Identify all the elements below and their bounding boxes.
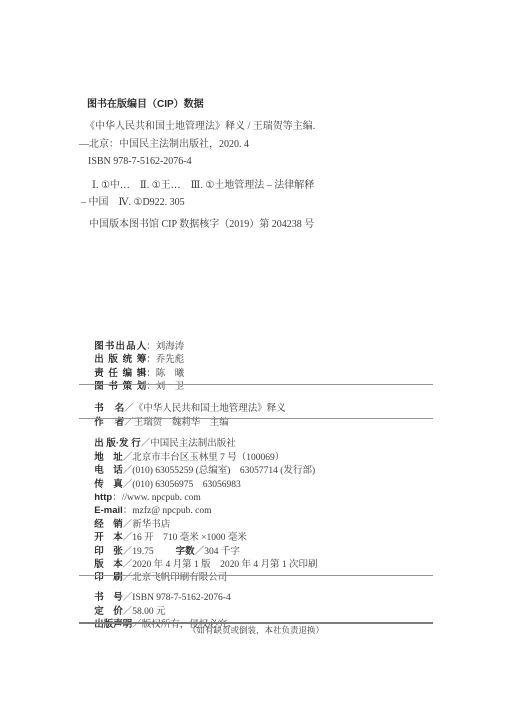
book-block: 书 名／《中华人民共和国土地管理法》释义 作 者／王瑞贺 魏莉华 主编 xyxy=(80,388,286,416)
price-label: 书 号 xyxy=(94,592,123,603)
pub-value-2: 304 千字 xyxy=(204,547,240,557)
price-value: 58.00 元 xyxy=(132,607,165,617)
copyright-page: 图书在版编目（CIP）数据 《中华人民共和国土地管理法》释义 / 王瑞贺等主编.… xyxy=(0,0,512,712)
pub-value: (010) 63055259 (总编室) 63057714 (发行部) xyxy=(132,466,315,476)
book-title-label: 书 名 xyxy=(94,402,124,416)
pub-label: 地 址 xyxy=(94,452,123,463)
slash-separator: ／ xyxy=(141,439,151,449)
staff-label: 责 任 编 辑 xyxy=(94,367,146,381)
pub-label: http xyxy=(94,492,112,503)
cip-isbn-line: ISBN 978-7-5162-2076-4 xyxy=(79,156,479,168)
cip-record-number-line: 中国版本图书馆 CIP 数据核字（2019）第 204238 号 xyxy=(79,219,479,231)
cip-classification-line-1: Ⅰ. ①中… Ⅱ. ①王… Ⅲ. ①土地管理法 – 法律解释 xyxy=(79,180,479,192)
pub-value: 北京市丰台区玉林里 7 号（100069） xyxy=(132,453,284,463)
pub-value: (010) 63056975 63056983 xyxy=(132,480,240,490)
slash-separator: ／ xyxy=(123,560,133,570)
slash-separator: ／ xyxy=(123,533,133,543)
pub-label: E-mail xyxy=(94,505,123,516)
divider-rule-2 xyxy=(79,418,433,419)
colon-separator: ： xyxy=(146,342,156,352)
pub-value: 16 开 710 毫米 ×1000 毫米 xyxy=(132,533,247,543)
staff-label: 图书出品人 xyxy=(94,340,146,354)
price-row-isbn: 书 号／ISBN 978-7-5162-2076-4 xyxy=(80,578,237,591)
divider-rule-4 xyxy=(79,622,433,624)
pub-label: 出 版·发 行 xyxy=(94,438,140,449)
pub-label: 印 张 xyxy=(94,546,123,557)
staff-value: 刘海涛 xyxy=(156,342,185,352)
slash-separator: ／ xyxy=(123,593,133,603)
book-title-value: 《中华人民共和国土地管理法》释义 xyxy=(134,404,286,414)
divider-rule-3 xyxy=(79,575,433,576)
publication-block: 出 版·发 行／中国民主法制出版社 地 址／北京市丰台区玉林里 7 号（1000… xyxy=(80,424,318,571)
price-block: 书 号／ISBN 978-7-5162-2076-4 定 价／58.00 元 出… xyxy=(80,578,237,618)
pub-label: 版 本 xyxy=(94,559,123,570)
slash-separator: ／ xyxy=(123,480,133,490)
pub-label: 开 本 xyxy=(94,532,123,543)
book-title-row: 书 名／《中华人民共和国土地管理法》释义 xyxy=(80,388,286,402)
pub-label: 电 话 xyxy=(94,465,123,476)
staff-row-producer: 图书出品人：刘海涛 xyxy=(80,326,184,340)
return-policy-note: （如有缺页或倒装，本社负责退换） xyxy=(79,625,433,636)
cip-publisher-line: —北京：中国民主法制出版社，2020. 4 xyxy=(79,139,479,151)
staff-value: 陈 曦 xyxy=(156,369,185,379)
cip-heading: 图书在版编目（CIP）数据 xyxy=(79,99,479,111)
pub-value: 19.75 xyxy=(132,547,153,557)
colon-separator: ： xyxy=(123,506,133,516)
pub-value: mzfz@ npcpub. com xyxy=(132,506,211,516)
divider-rule-1 xyxy=(79,384,433,385)
slash-separator: ／ xyxy=(123,607,133,617)
slash-separator: ／ xyxy=(123,520,133,530)
staff-label: 出 版 统 筹 xyxy=(94,353,146,367)
colon-separator: ： xyxy=(146,369,156,379)
pub-value: 2020 年 4 月第 1 版 2020 年 4 月第 1 次印刷 xyxy=(132,560,317,570)
colon-separator: ： xyxy=(112,493,122,503)
cip-block: 图书在版编目（CIP）数据 《中华人民共和国土地管理法》释义 / 王瑞贺等主编.… xyxy=(79,99,479,231)
pub-label: 传 真 xyxy=(94,479,123,490)
pub-value: 新华书店 xyxy=(132,520,170,530)
slash-separator: ／ xyxy=(195,547,205,557)
colon-separator: ： xyxy=(146,355,156,365)
slash-separator: ／ xyxy=(123,466,133,476)
pub-label: 经 销 xyxy=(94,519,123,530)
cip-classification-line-2: – 中国 Ⅳ. ①D922. 305 xyxy=(79,197,479,209)
price-label: 定 价 xyxy=(94,606,123,617)
staff-value: 乔先彪 xyxy=(156,355,185,365)
slash-separator: ／ xyxy=(123,547,133,557)
pub-value: 中国民主法制出版社 xyxy=(150,439,236,449)
pub-label-2: 字数 xyxy=(176,546,195,557)
cip-title-line: 《中华人民共和国土地管理法》释义 / 王瑞贺等主编. xyxy=(79,121,479,133)
pub-row-publisher: 出 版·发 行／中国民主法制出版社 xyxy=(80,424,318,437)
slash-separator: ／ xyxy=(123,453,133,463)
slash-separator: ／ xyxy=(124,404,134,414)
pub-value: //www. npcpub. com xyxy=(122,493,201,503)
staff-block: 图书出品人：刘海涛 出 版 统 筹：乔先彪 责 任 编 辑：陈 曦 图 书 策 … xyxy=(80,326,184,380)
price-value: ISBN 978-7-5162-2076-4 xyxy=(132,593,230,603)
